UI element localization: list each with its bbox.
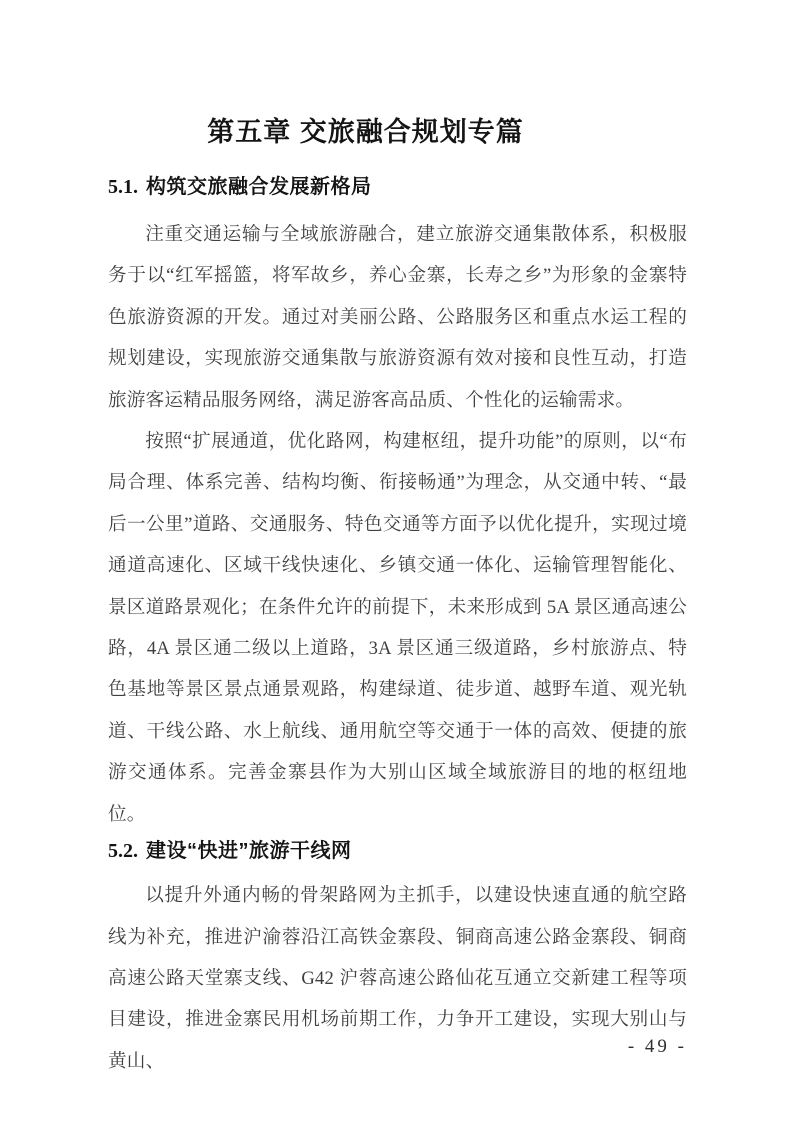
section-number-5-2: 5.2. xyxy=(108,840,138,862)
page-number: - 49 - xyxy=(628,1036,687,1058)
section-number-5-1: 5.1. xyxy=(108,176,138,198)
page-content: 第五章 交旅融合规划专篇 5.1.构筑交旅融合发展新格局 注重交通运输与全域旅游… xyxy=(108,0,687,1082)
chapter-title: 第五章 交旅融合规划专篇 xyxy=(108,112,687,152)
document-page: 第五章 交旅融合规划专篇 5.1.构筑交旅融合发展新格局 注重交通运输与全域旅游… xyxy=(0,0,793,1122)
section-heading-5-1: 5.1.构筑交旅融合发展新格局 xyxy=(108,173,687,202)
paragraph-5-1-a: 注重交通运输与全域旅游融合，建立旅游交通集散体系，积极服务于以“红军摇篮，将军故… xyxy=(108,214,687,421)
section-title-5-2: 建设“快进”旅游干线网 xyxy=(146,840,352,862)
paragraph-5-2-a: 以提升外通内畅的骨架路网为主抓手，以建设快速直通的航空路线为补充，推进沪渝蓉沿江… xyxy=(108,875,687,1082)
section-heading-5-2: 5.2.建设“快进”旅游干线网 xyxy=(108,837,687,866)
section-title-5-1: 构筑交旅融合发展新格局 xyxy=(146,176,372,198)
paragraph-5-1-b: 按照“扩展通道，优化路网，构建枢纽，提升功能”的原则，以“布局合理、体系完善、结… xyxy=(108,421,687,835)
